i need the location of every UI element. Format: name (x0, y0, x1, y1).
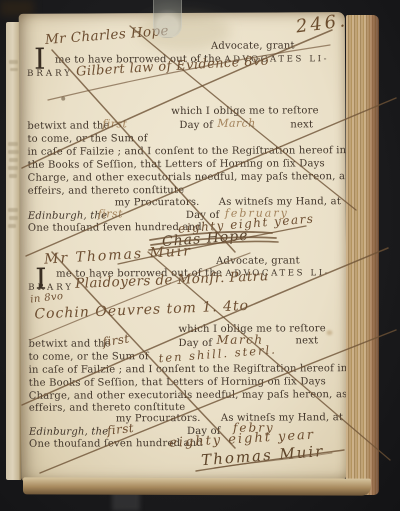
entry1-return-month-handwritten: March (217, 117, 255, 130)
translucent-tab (153, 0, 182, 38)
entry1-sum-line: to come, or the Sum of (27, 133, 147, 145)
register-page: 246. Mr Charles Hope Advocate, grant I m… (19, 12, 347, 481)
entry1-books-line: the Books of Seſſion, that Letters of Ho… (28, 158, 325, 171)
paper-stain (61, 97, 65, 101)
paper-stain (326, 330, 332, 335)
entry2-format-note-handwritten: in 8vo (30, 291, 64, 306)
entry2-sum-handwritten: ten shill. sterl. (158, 342, 277, 365)
entry2-book2-handwritten: Cochin Oeuvres tom 1. 4to (34, 298, 249, 323)
entry2-sum-line: to come, or the Sum of (29, 351, 149, 363)
entry2-borrower-handwritten: Mr Thomas Muir (44, 243, 193, 267)
entry2-edinburgh: Edinburgh, the (29, 426, 108, 437)
entry1-edinburgh: Edinburgh, the (28, 210, 107, 221)
entry1-betwixt: betwixt and the (27, 120, 109, 131)
entry1-charge-line: Charge, and other executorials needful, … (28, 171, 351, 184)
photograph-of-register-page: { "page_number": "246.", "colors": { "ba… (0, 0, 400, 511)
entry1-advocate-grant: Advocate, grant (211, 40, 295, 51)
entry1-sign-day-handwritten: first (98, 207, 123, 220)
entry2-advocate-grant: Advocate, grant (216, 255, 300, 266)
entry1-day-of: Day of (179, 120, 213, 131)
bottom-page-edge (23, 477, 371, 495)
entry2-charge-line: Charge, and other executorials needful, … (29, 389, 348, 402)
entry2-return-day-handwritten: first (102, 331, 131, 349)
entry1-brary: brary (27, 69, 73, 79)
entry2-sign-day-handwritten: first (106, 421, 134, 438)
entry2-betwixt: betwixt and the (28, 338, 110, 349)
entry1-procurators: my Procurators. (115, 197, 200, 208)
entry2-effeirs-line: effeirs, and thereto conſtitute (29, 402, 186, 414)
entry1-next: next (290, 119, 313, 130)
entry2-next: next (295, 335, 318, 346)
entry1-return-day-handwritten: first (102, 117, 127, 130)
fore-edge-page-stack (346, 15, 379, 495)
entry1-failzie-line: in caſe of Failzie ; and I conſent to th… (27, 145, 346, 158)
entry1-effeirs-line: effeirs, and thereto conſtitute (28, 185, 185, 197)
page-number: 246. (295, 10, 349, 37)
entry2-failzie-line: in caſe of Failzie ; and I conſent to th… (29, 363, 348, 376)
entry1-oblige-line: which I oblige me to reſtore (171, 105, 318, 117)
entry2-books-line: the Books of Seſſion, that Letters of Ho… (29, 376, 326, 389)
